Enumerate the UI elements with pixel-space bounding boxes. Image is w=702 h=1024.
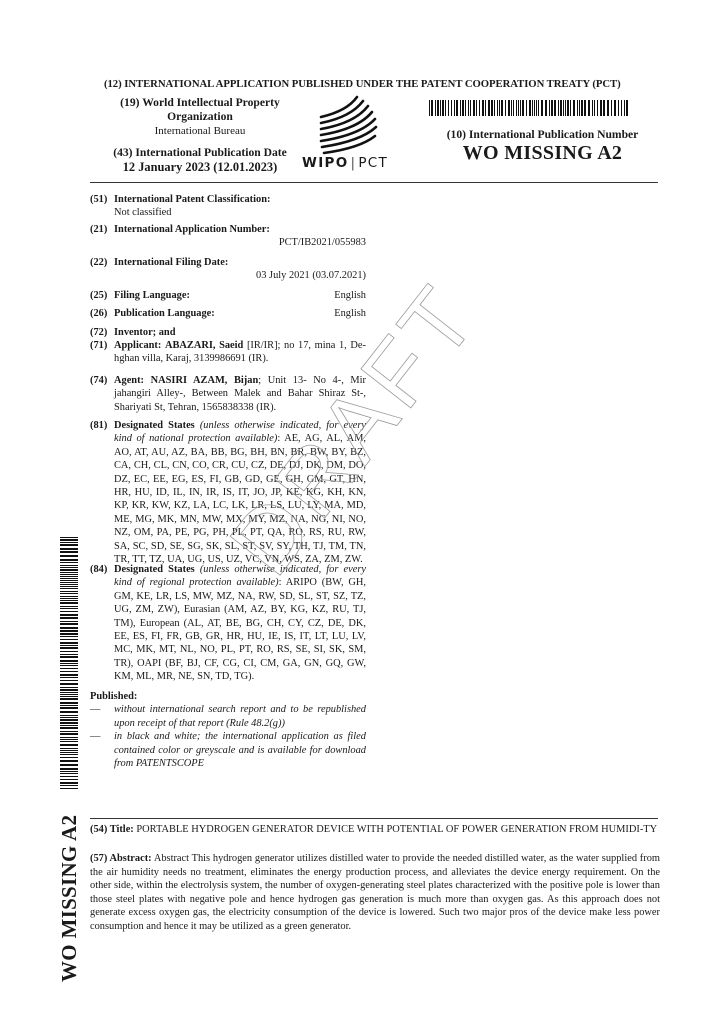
field-inventor: (72) Inventor; and xyxy=(90,326,366,339)
field-label: Applicant: xyxy=(114,340,161,351)
wipo-pct-wordmark: WIPO|PCT xyxy=(302,155,412,171)
abstract-divider xyxy=(90,818,658,819)
field-code: (72) xyxy=(90,326,107,339)
published-notes: Published: — without international searc… xyxy=(90,690,366,770)
field-publication-language: (26) Publication Language: English xyxy=(90,307,366,320)
published-note-text: without international search report and … xyxy=(114,704,366,728)
barcode-icon xyxy=(429,100,629,116)
office-block: (19) World Intellectual Property Organiz… xyxy=(112,96,288,138)
field-label: Designated States xyxy=(114,564,195,575)
pct-text: PCT xyxy=(358,155,388,171)
field-classification: (51) International Patent Classification… xyxy=(90,193,366,220)
publication-number: WO MISSING A2 xyxy=(420,142,665,165)
wipo-globe-logo-icon xyxy=(313,95,393,155)
side-publication-number: WO MISSING A2 xyxy=(57,815,82,982)
field-code: (71) xyxy=(90,339,107,352)
field-label: Designated States xyxy=(114,420,195,431)
field-value: English xyxy=(334,307,366,320)
barcode-icon xyxy=(60,537,78,789)
field-label: International Filing Date: xyxy=(114,256,366,269)
field-code: (26) xyxy=(90,307,107,320)
field-label: International Application Number: xyxy=(114,223,366,236)
abstract-label: (57) Abstract: xyxy=(90,853,152,864)
field-code: (22) xyxy=(90,256,107,269)
wordmark-separator: | xyxy=(348,155,358,171)
field-code: (84) xyxy=(90,563,107,576)
dash-bullet: — xyxy=(90,703,100,716)
field-filing-language: (25) Filing Language: English xyxy=(90,289,366,302)
field-application-number: (21) International Application Number: P… xyxy=(90,223,366,250)
field-value: Not classified xyxy=(114,206,366,219)
office-code: (19) xyxy=(120,96,139,109)
field-code: (21) xyxy=(90,223,107,236)
publication-number-label: (10) International Publication Number xyxy=(420,128,665,141)
publication-date-block: (43) International Publication Date 12 J… xyxy=(104,146,296,174)
dash-bullet: — xyxy=(90,730,100,743)
published-note-text: in black and white; the international ap… xyxy=(114,731,366,769)
office-name-line1: World Intellectual Property xyxy=(142,96,280,109)
published-note: — without international search report an… xyxy=(90,703,366,730)
field-label: Filing Language: xyxy=(114,290,190,301)
abstract: (57) Abstract: Abstract This hydrogen ge… xyxy=(90,852,660,934)
field-code: (74) xyxy=(90,374,107,387)
field-applicant: (71) Applicant: ABAZARI, Saeid [IR/IR]; … xyxy=(90,339,366,366)
field-filing-date: (22) International Filing Date: 03 July … xyxy=(90,256,366,283)
agent-name: NASIRI AZAM, Bijan xyxy=(151,375,259,386)
title-label: (54) Title: xyxy=(90,824,134,835)
field-code: (81) xyxy=(90,419,107,432)
field-value: PCT/IB2021/055983 xyxy=(114,236,366,249)
field-label: International Patent Classification: xyxy=(114,193,366,206)
field-value: : AE, AG, AL, AM, AO, AT, AU, AZ, BA, BB… xyxy=(114,433,366,565)
field-label: Inventor; and xyxy=(114,326,366,339)
office-name: (19) World Intellectual Property xyxy=(112,96,288,110)
treaty-heading: (12) INTERNATIONAL APPLICATION PUBLISHED… xyxy=(104,78,664,90)
field-designated-states-national: (81) Designated States (unless otherwise… xyxy=(90,419,366,566)
field-label: Publication Language: xyxy=(114,308,215,319)
publication-date: 12 January 2023 (12.01.2023) xyxy=(104,160,296,174)
invention-title: (54) Title: PORTABLE HYDROGEN GENERATOR … xyxy=(90,823,660,836)
published-title: Published: xyxy=(90,690,366,703)
title-value: PORTABLE HYDROGEN GENERATOR DEVICE WITH … xyxy=(136,824,657,835)
bureau-name: International Bureau xyxy=(112,124,288,138)
applicant-name: ABAZARI, Saeid xyxy=(165,340,243,351)
field-value: 03 July 2021 (03.07.2021) xyxy=(114,269,366,282)
field-code: (51) xyxy=(90,193,107,206)
field-code: (25) xyxy=(90,289,107,302)
published-note: — in black and white; the international … xyxy=(90,730,366,770)
publication-date-label: (43) International Publication Date xyxy=(104,146,296,160)
wipo-text: WIPO xyxy=(302,155,348,171)
field-value: : ARIPO (BW, GH, GM, KE, LR, LS, MW, MZ,… xyxy=(114,577,366,682)
office-name-line2: Organization xyxy=(112,110,288,124)
field-label: Agent: xyxy=(114,375,144,386)
abstract-text: Abstract This hydrogen generator utilize… xyxy=(90,853,660,932)
field-agent: (74) Agent: NASIRI AZAM, Bijan; Unit 13-… xyxy=(90,374,366,414)
patent-front-page: (12) INTERNATIONAL APPLICATION PUBLISHED… xyxy=(0,0,702,1024)
header-divider xyxy=(90,182,658,183)
field-value: English xyxy=(334,289,366,302)
field-designated-states-regional: (84) Designated States (unless otherwise… xyxy=(90,563,366,684)
